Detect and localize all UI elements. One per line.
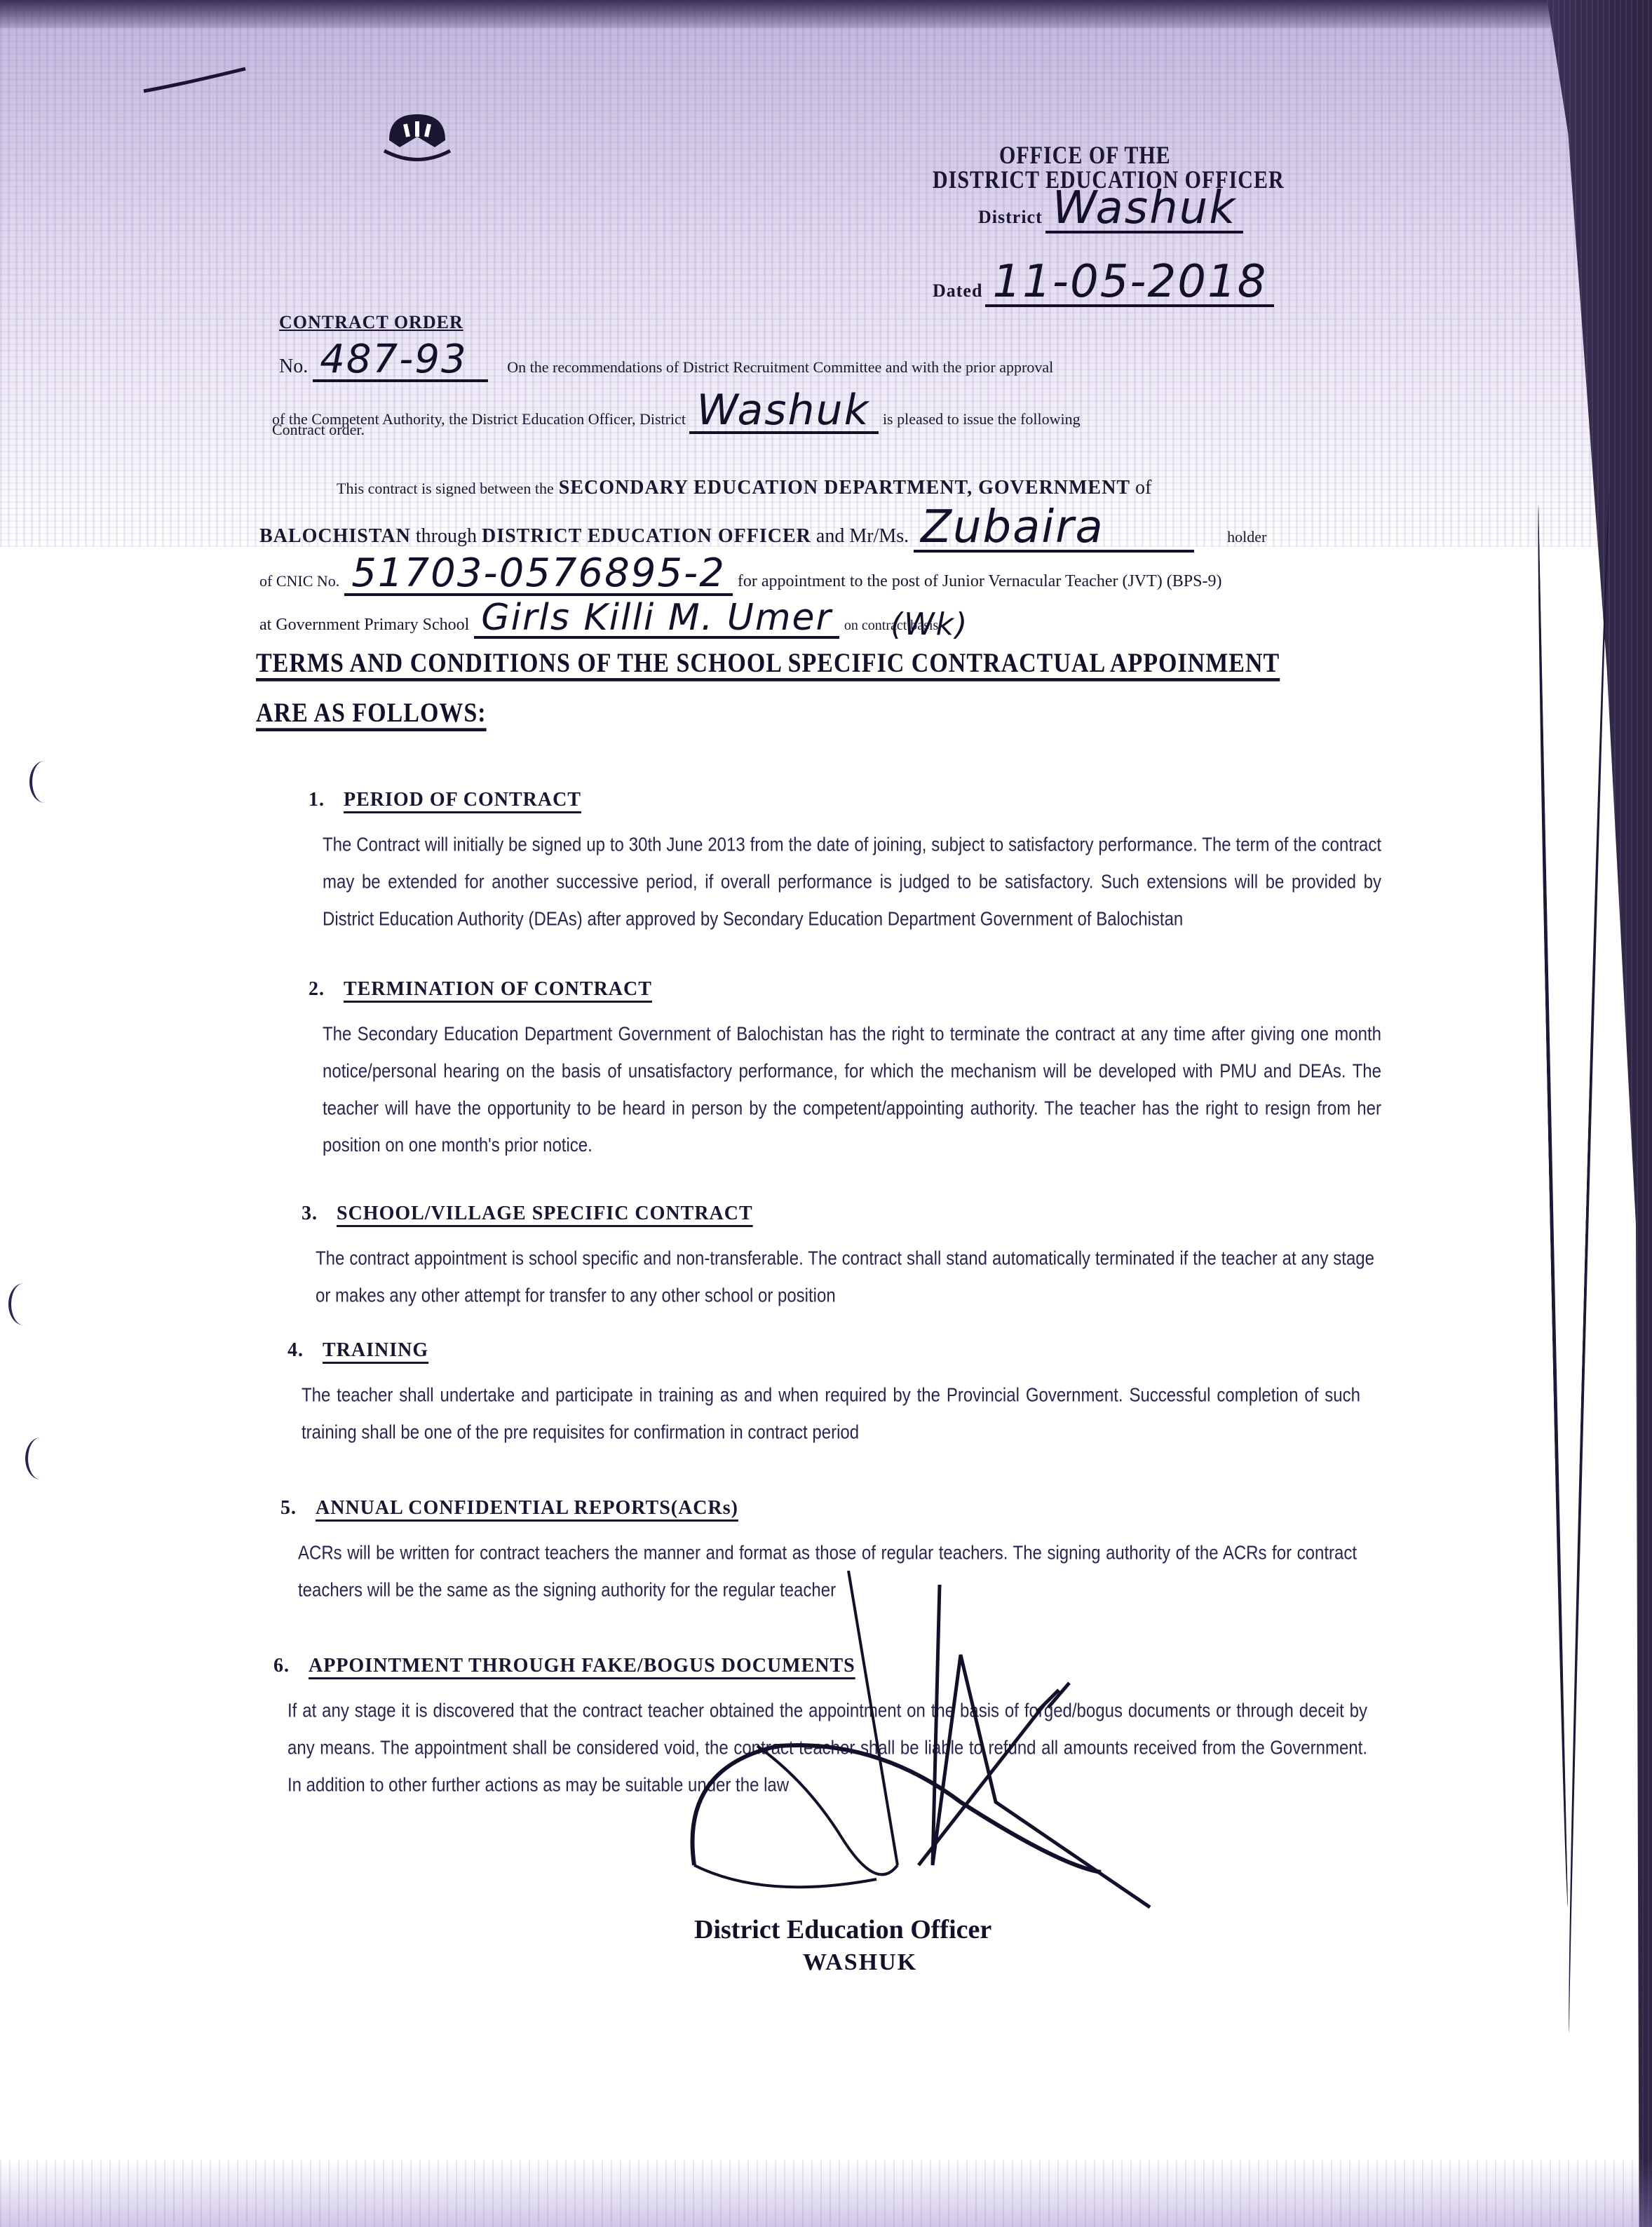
order-intro-d: Contract order. — [272, 421, 365, 439]
section-text: The contract appointment is school speci… — [316, 1240, 1374, 1315]
punch-hole-mark — [29, 761, 60, 803]
section-school-village-specific-contract: 3.SCHOOL/VILLAGE SPECIFIC CONTRACT The c… — [302, 1203, 1374, 1305]
section-title: APPOINTMENT THROUGH FAKE/BOGUS DOCUMENTS — [309, 1655, 855, 1677]
section-title: ANNUAL CONFIDENTIAL REPORTS(ACRs) — [316, 1497, 738, 1519]
teacher-name-value: Zubaira — [914, 505, 1194, 553]
stray-pen-mark — [140, 63, 252, 98]
officer-stamp-line2: WASHUK — [803, 1949, 917, 1976]
dated-label: Dated — [933, 280, 982, 301]
section-number: 2. — [309, 978, 344, 1001]
order-no-label: No. — [279, 356, 308, 377]
parties-text: and Mr/Ms. — [816, 525, 909, 547]
section-fake-bogus-documents: 6.APPOINTMENT THROUGH FAKE/BOGUS DOCUMEN… — [273, 1655, 1367, 1789]
parties-text: holder — [1227, 528, 1266, 546]
district-label: District — [978, 207, 1043, 227]
government-emblem-icon — [379, 109, 456, 172]
section-text: The Contract will initially be signed up… — [323, 827, 1381, 938]
section-number: 3. — [302, 1203, 337, 1225]
page-edge-line — [1564, 491, 1615, 2033]
section-text: The teacher shall undertake and particip… — [302, 1377, 1360, 1451]
section-number: 6. — [273, 1655, 309, 1677]
order-no-value: 487-93 — [313, 340, 488, 382]
district-value: Washuk — [1045, 186, 1244, 233]
school-label: at Government Primary School — [259, 616, 469, 634]
section-title: TERMINATION OF CONTRACT — [344, 978, 652, 1000]
parties-line-4: at Government Primary School Girls Killi… — [259, 600, 938, 639]
dated-value: 11-05-2018 — [985, 259, 1274, 307]
district-field: District Washuk — [978, 186, 1243, 233]
dated-field: Dated 11-05-2018 — [933, 259, 1274, 307]
province-name: BALOCHISTAN — [259, 525, 411, 547]
officer-stamp-line1: District Education Officer — [694, 1914, 991, 1945]
order-line-2: of the Competent Authority, the District… — [272, 389, 1081, 434]
section-number: 5. — [280, 1497, 316, 1519]
parties-text: This contract is signed between the — [337, 480, 554, 497]
section-annual-confidential-reports: 5.ANNUAL CONFIDENTIAL REPORTS(ACRs) ACRs… — [280, 1497, 1357, 1599]
section-title: PERIOD OF CONTRACT — [344, 789, 581, 811]
post-text: for appointment to the post of Junior Ve… — [738, 572, 1222, 590]
order-district-value: Washuk — [689, 389, 879, 434]
section-text: The Secondary Education Department Gover… — [323, 1016, 1381, 1165]
section-text: If at any stage it is discovered that th… — [287, 1693, 1367, 1804]
scan-noise-bottom — [0, 2160, 1652, 2227]
section-number: 4. — [287, 1339, 323, 1362]
terms-heading: TERMS AND CONDITIONS OF THE SCHOOL SPECI… — [256, 639, 1308, 739]
officer-title: DISTRICT EDUCATION OFFICER — [482, 525, 811, 547]
order-intro-c: is pleased to issue the following — [883, 410, 1081, 428]
scan-dark-edge-top — [0, 0, 1652, 28]
contract-order-title: CONTRACT ORDER — [279, 312, 463, 333]
order-line-1: No. 487-93 On the recommendations of Dis… — [279, 340, 1053, 382]
parties-line-2: BALOCHISTAN through DISTRICT EDUCATION O… — [259, 505, 1266, 553]
section-training: 4.TRAINING The teacher shall undertake a… — [287, 1339, 1360, 1442]
cnic-label: of CNIC No. — [259, 572, 339, 590]
section-title: SCHOOL/VILLAGE SPECIFIC CONTRACT — [337, 1203, 753, 1224]
punch-hole-mark — [8, 1283, 39, 1325]
section-period-of-contract: 1.PERIOD OF CONTRACT The Contract will i… — [309, 789, 1381, 923]
order-intro-a: On the recommendations of District Recru… — [507, 358, 1053, 376]
cnic-value: 51703-0576895-2 — [344, 554, 733, 596]
section-termination-of-contract: 2.TERMINATION OF CONTRACT The Secondary … — [309, 978, 1381, 1145]
school-value: Girls Killi M. Umer — [474, 600, 839, 639]
section-text: ACRs will be written for contract teache… — [298, 1535, 1357, 1609]
section-number: 1. — [309, 789, 344, 811]
department-name: SECONDARY EDUCATION DEPARTMENT, GOVERNME… — [559, 477, 1130, 499]
punch-hole-mark — [25, 1437, 56, 1480]
section-title: TRAINING — [323, 1339, 428, 1361]
parties-text: of — [1135, 477, 1151, 499]
parties-text: through — [416, 525, 477, 547]
scan-dark-background-right — [1491, 0, 1652, 2227]
parties-line-1: This contract is signed between the SECO… — [337, 477, 1151, 499]
page-edge-line — [1535, 505, 1573, 1907]
parties-line-3: of CNIC No. 51703-0576895-2 for appointm… — [259, 554, 1221, 596]
school-note: (Wk) — [891, 607, 968, 642]
